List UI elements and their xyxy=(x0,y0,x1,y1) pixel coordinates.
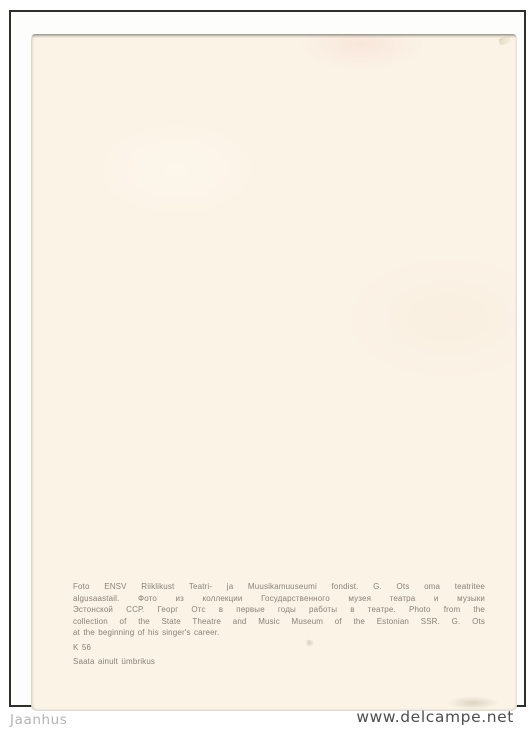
postcard-back: Foto ENSV Riiklikust Teatri- ja Muusikam… xyxy=(31,34,517,711)
caption-line: collection of the State Theatre and Musi… xyxy=(73,616,485,628)
caption-line: algusaastail. Фото из коллекции Государс… xyxy=(73,593,485,605)
corner-crease xyxy=(498,35,512,45)
caption-line: at the beginning of his singer's career. xyxy=(73,627,485,639)
scan-frame: Foto ENSV Riiklikust Teatri- ja Muusikam… xyxy=(9,10,526,707)
seller-watermark: Jaanhus xyxy=(10,712,67,728)
caption-line: Эстонской ССР. Георг Отс в первые годы р… xyxy=(73,604,485,616)
postcard-scan-page: Foto ENSV Riiklikust Teatri- ja Muusikam… xyxy=(0,0,531,730)
caption-line: Foto ENSV Riiklikust Teatri- ja Muusikam… xyxy=(73,581,485,593)
catalog-number: K 56 xyxy=(73,642,485,654)
envelope-note: Saata ainult ümbrikus xyxy=(73,656,485,668)
site-watermark: www.delcampe.net xyxy=(356,708,514,726)
postcard-caption: Foto ENSV Riiklikust Teatri- ja Muusikam… xyxy=(73,581,485,668)
